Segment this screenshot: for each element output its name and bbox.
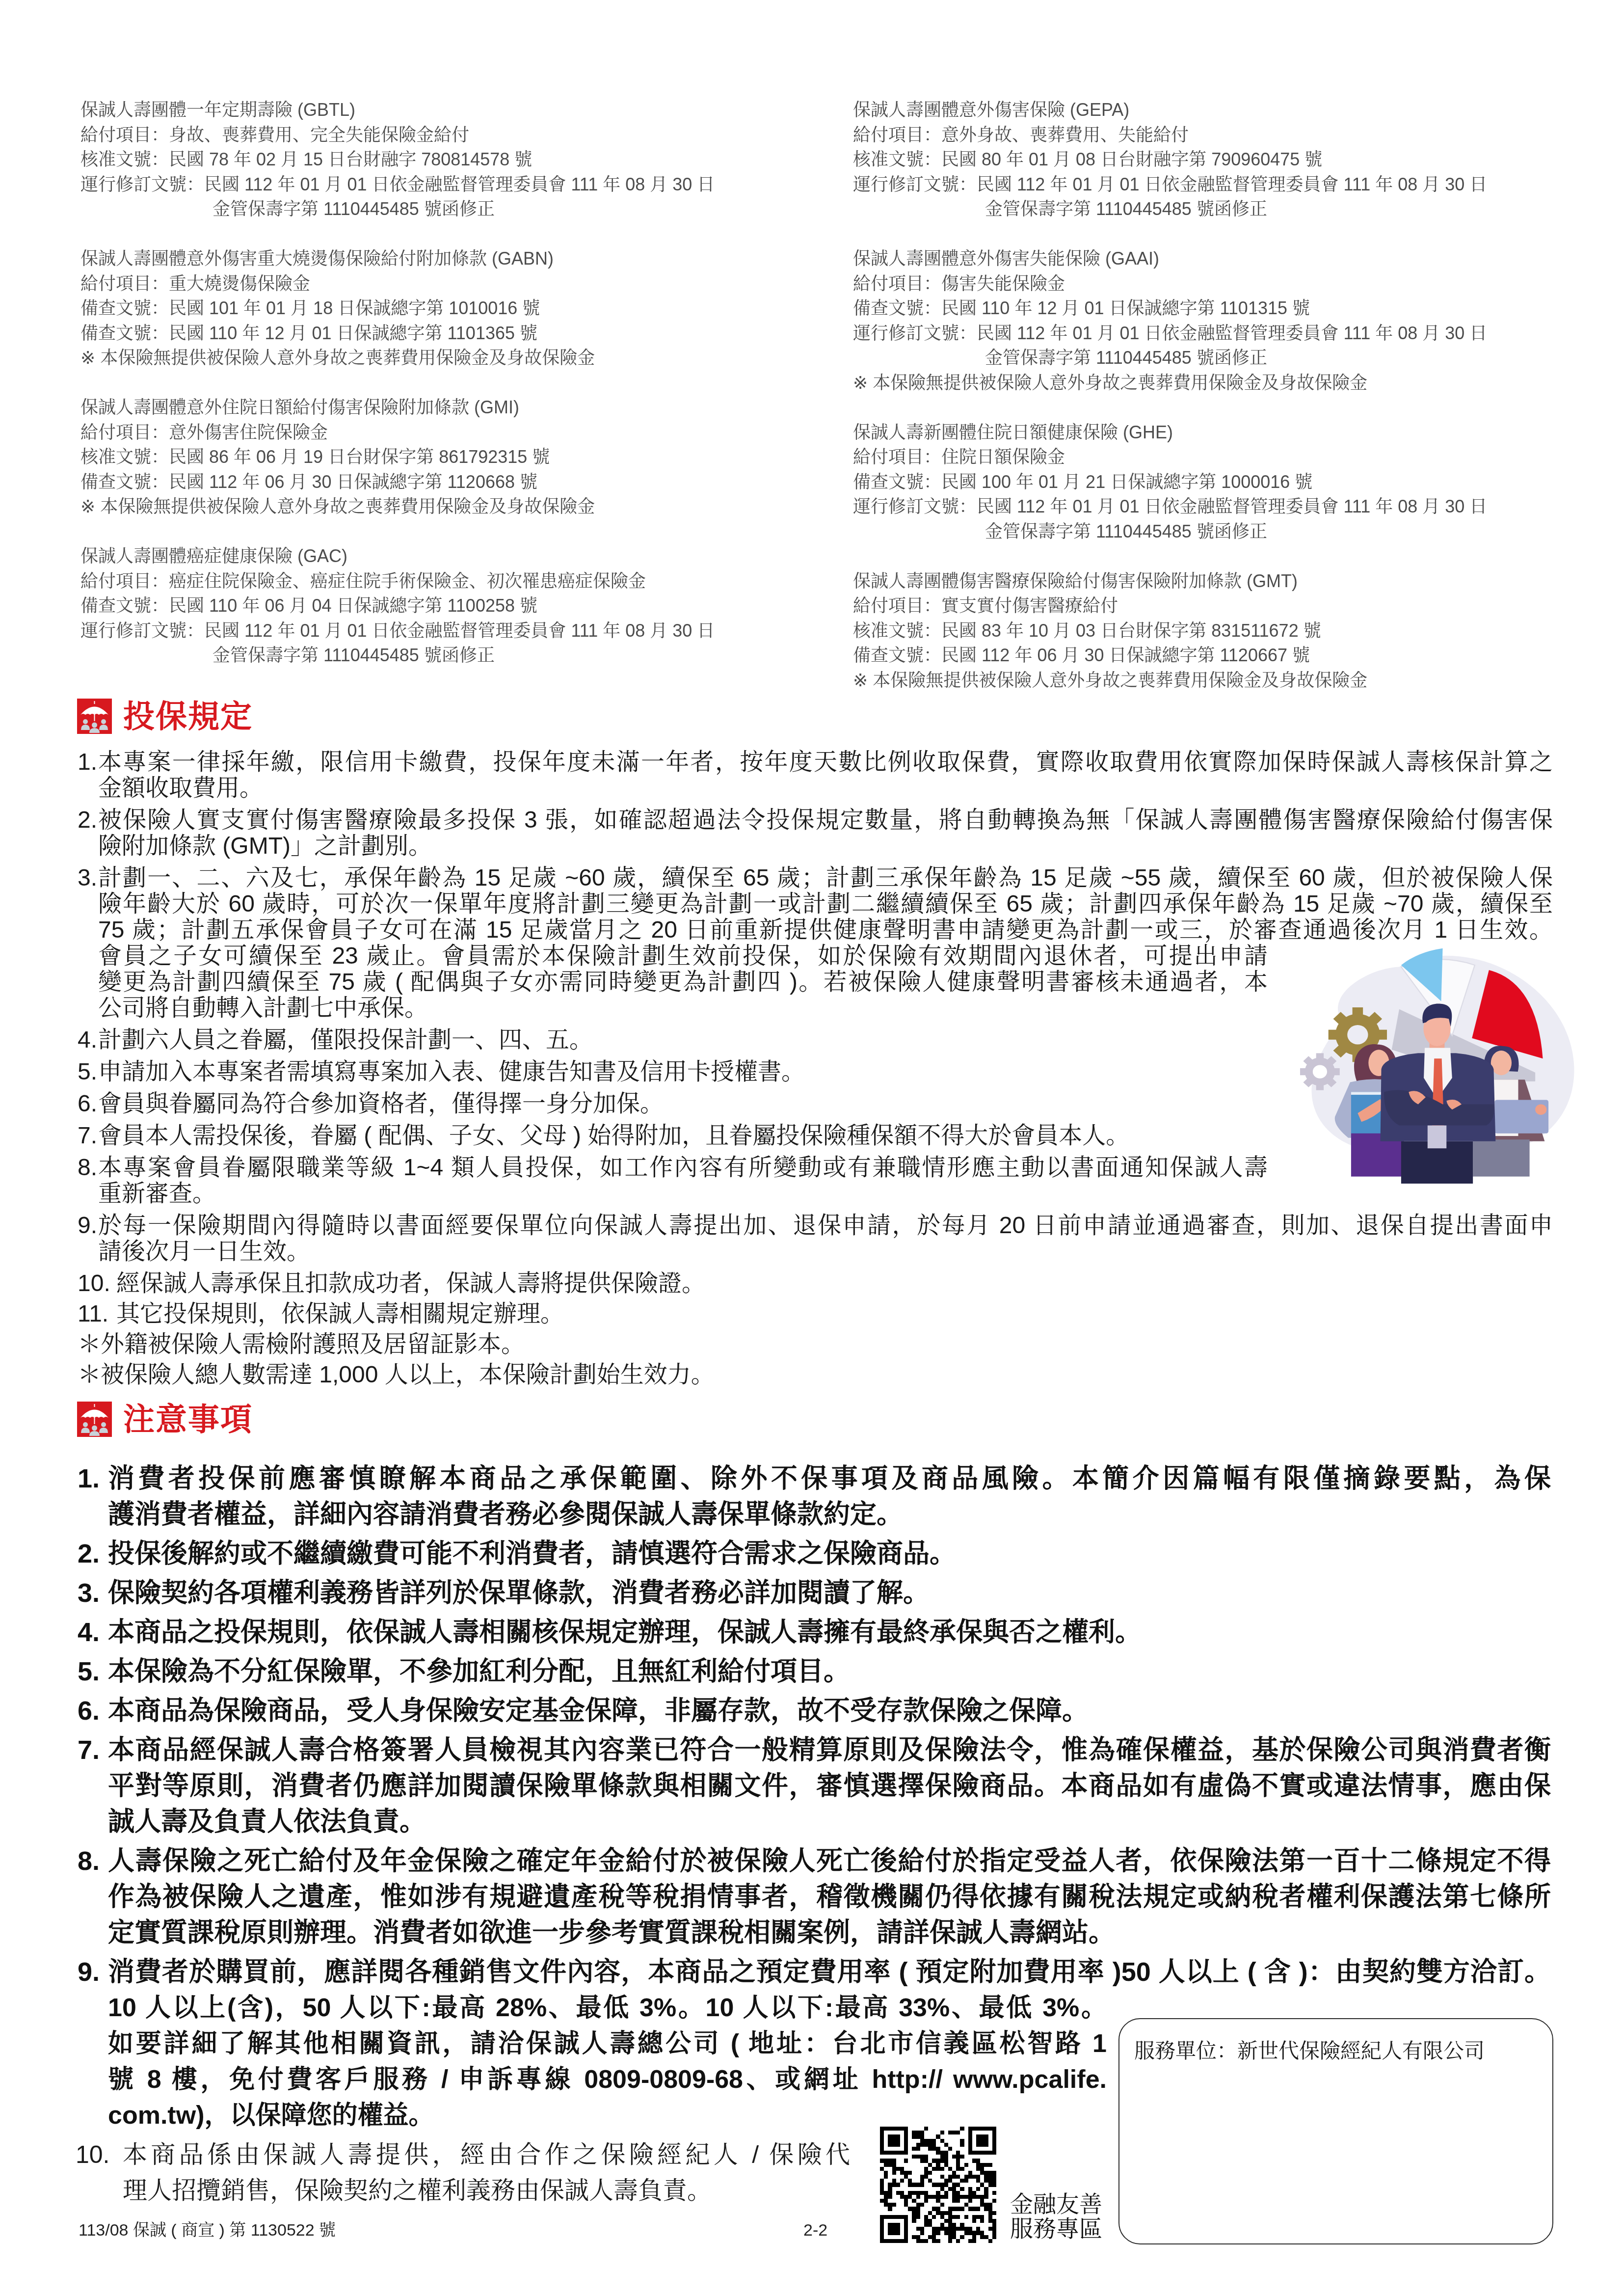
policy-gepa: 保誠人壽團體意外傷害保險 (GEPA) 給付項目：意外身故、喪葬費用、失能給付 … bbox=[853, 98, 1589, 222]
policy-line: 備查文號：民國 110 年 12 月 01 日保誠總字第 1101365 號 bbox=[80, 321, 817, 346]
item-number: 2. bbox=[78, 1536, 100, 1572]
page-number: 2-2 bbox=[803, 2220, 827, 2240]
policy-line: 核准文號：民國 80 年 01 月 08 日台財融字第 790960475 號 bbox=[853, 147, 1589, 172]
policy-title: 保誠人壽團體意外住院日額給付傷害保險附加條款 (GMI) bbox=[80, 395, 817, 420]
section-title: 投保規定 bbox=[123, 699, 253, 734]
item-line: 本專案會員眷屬限職業等級 1~4 類人員投保，如工作內容有所變動或有兼職情形應主… bbox=[98, 1155, 1268, 1181]
item-number: 8. bbox=[78, 1155, 97, 1181]
item-line: 經保誠人壽承保且扣款成功者，保誠人壽將提供保險證。 bbox=[116, 1270, 1555, 1297]
policy-line: ※ 本保險無提供被保險人意外身故之喪葬費用保險金及身故保險金 bbox=[853, 668, 1589, 693]
item-line: 如要詳細了解其他相關資訊，請洽保誠人壽總公司 ( 地址：台北市信義區松智路 1 bbox=[108, 2026, 1107, 2062]
policy-line: 給付項目：實支實付傷害醫療給付 bbox=[853, 594, 1589, 619]
item-line: 定實質課稅原則辦理。消費者如欲進一步參考實質課稅相關案例，請詳保誠人壽網站。 bbox=[108, 1915, 1555, 1951]
service-unit-label: 服務單位：新世代保險經紀人有限公司 bbox=[1134, 2040, 1485, 2062]
item-line: 人壽保險之死亡給付及年金保險之確定年金給付於被保險人死亡後給付於指定受益人者，依… bbox=[108, 1843, 1551, 1879]
item-number: 5. bbox=[78, 1654, 100, 1690]
policy-line: 運行修訂文號：民國 112 年 01 月 01 日依金融監督管理委員會 111 … bbox=[853, 172, 1589, 197]
policy-title: 保誠人壽團體意外傷害重大燒燙傷保險給付附加條款 (GABN) bbox=[80, 246, 817, 271]
section-title: 注意事項 bbox=[123, 1402, 253, 1437]
policy-line: 給付項目：重大燒燙傷保險金 bbox=[80, 271, 817, 297]
note-mark: ＊ bbox=[78, 1331, 101, 1357]
policy-line: 給付項目：身故、喪葬費用、完全失能保險金給付 bbox=[80, 123, 817, 148]
rule-item: 9. 於每一保險期間內得隨時以書面經要保單位向保誠人壽提出加、退保申請，於每月 … bbox=[78, 1213, 1555, 1265]
item-line: 本商品為保險商品，受人身保險安定基金保障，非屬存款，故不受存款保險之保障。 bbox=[108, 1693, 1555, 1729]
policy-column-left: 保誠人壽團體一年定期壽險 (GBTL) 給付項目：身故、喪葬費用、完全失能保險金… bbox=[80, 98, 817, 693]
policy-line: 運行修訂文號：民國 112 年 01 月 01 日依金融監督管理委員會 111 … bbox=[80, 172, 817, 197]
policy-line: 給付項目：意外身故、喪葬費用、失能給付 bbox=[853, 123, 1589, 148]
policy-line: 核准文號：民國 83 年 10 月 03 日台財保字第 831511672 號 bbox=[853, 619, 1589, 644]
item-line: 消費者於購買前，應詳閱各種銷售文件內容，本商品之預定費用率 ( 預定附加費用率 … bbox=[108, 1954, 1551, 1990]
policy-line: 給付項目：住院日額保險金 bbox=[853, 445, 1589, 470]
item-line: 平對等原則，消費者仍應詳加閱讀保險單條款與相關文件，審慎選擇保險商品。本商品如有… bbox=[108, 1768, 1551, 1804]
policy-line: 金管保壽字第 1110445485 號函修正 bbox=[80, 643, 817, 668]
item-number: 9. bbox=[78, 1213, 97, 1239]
item-line: 本商品之投保規則，依保誠人壽相關核保規定辦理，保誠人壽擁有最終承保與否之權利。 bbox=[108, 1615, 1555, 1650]
item-number: 10. bbox=[76, 2137, 110, 2173]
policy-line: ※ 本保險無提供被保險人意外身故之喪葬費用保險金及身故保險金 bbox=[853, 371, 1589, 396]
qr-label-line: 金融友善 bbox=[1010, 2192, 1102, 2216]
item-line: 投保後解約或不繼續繳費可能不利消費者，請慎選符合需求之保險商品。 bbox=[108, 1536, 1555, 1572]
item-line: 本商品經保誠人壽合格簽署人員檢視其內容業已符合一般精算原則及保險法令，惟為確保權… bbox=[108, 1732, 1551, 1768]
policy-title: 保誠人壽新團體住院日額健康保險 (GHE) bbox=[853, 420, 1589, 445]
item-line: 誠人壽及負責人依法負責。 bbox=[108, 1804, 1555, 1840]
item-line: 於每一保險期間內得隨時以書面經要保單位向保誠人壽提出加、退保申請，於每月 20 … bbox=[98, 1213, 1553, 1239]
item-number: 2. bbox=[78, 807, 97, 833]
policy-line: 備查文號：民國 112 年 06 月 30 日保誠總字第 1120667 號 bbox=[853, 643, 1589, 668]
item-number: 11. bbox=[78, 1301, 108, 1327]
policy-line: 金管保壽字第 1110445485 號函修正 bbox=[853, 197, 1589, 222]
policy-line: 備查文號：民國 110 年 06 月 04 日保誠總字第 1100258 號 bbox=[80, 594, 817, 619]
policy-line: 金管保壽字第 1110445485 號函修正 bbox=[853, 346, 1589, 371]
policy-title: 保誠人壽團體一年定期壽險 (GBTL) bbox=[80, 98, 817, 123]
rule-item: 11. 其它投保規則，依保誠人壽相關規定辦理。 bbox=[78, 1301, 1555, 1327]
policy-line: 給付項目：傷害失能保險金 bbox=[853, 271, 1589, 297]
item-line: 護消費者權益，詳細內容請消費者務必參閱保誠人壽保單條款約定。 bbox=[108, 1497, 1555, 1533]
item-number: 6. bbox=[78, 1693, 100, 1729]
policy-gbtl: 保誠人壽團體一年定期壽險 (GBTL) 給付項目：身故、喪葬費用、完全失能保險金… bbox=[80, 98, 817, 222]
rule-note: ＊ 被保險人總人數需達 1,000 人以上，本保險計劃始生效力。 bbox=[78, 1362, 1555, 1388]
item-number: 8. bbox=[78, 1843, 100, 1879]
policy-gmt: 保誠人壽團體傷害醫療保險給付傷害保險附加條款 (GMT) 給付項目：實支實付傷害… bbox=[853, 569, 1589, 693]
policy-title: 保誠人壽團體癌症健康保險 (GAC) bbox=[80, 544, 817, 569]
item-line: 作為被保險人之遺產，惟如涉有規避遺產稅等稅捐情事者，稽徵機關仍得依據有關稅法規定… bbox=[108, 1879, 1551, 1915]
policy-title: 保誠人壽團體傷害醫療保險給付傷害保險附加條款 (GMT) bbox=[853, 569, 1589, 594]
note-text: 外籍被保險人需檢附護照及居留証影本。 bbox=[101, 1331, 1555, 1357]
item-line: 險年齡大於 60 歲時，可於次一保單年度將計劃三變更為計劃一或計劃二繼續續保至 … bbox=[98, 891, 1553, 917]
item-number: 4. bbox=[78, 1027, 97, 1053]
policy-title: 保誠人壽團體意外傷害失能保險 (GAAI) bbox=[853, 246, 1589, 271]
item-number: 3. bbox=[78, 865, 97, 891]
policy-gabn: 保誠人壽團體意外傷害重大燒燙傷保險給付附加條款 (GABN) 給付項目：重大燒燙… bbox=[80, 246, 817, 371]
notice-item: 6. 本商品為保險商品，受人身保險安定基金保障，非屬存款，故不受存款保險之保障。 bbox=[78, 1693, 1555, 1729]
notice-item: 4. 本商品之投保規則，依保誠人壽相關核保規定辦理，保誠人壽擁有最終承保與否之權… bbox=[78, 1615, 1555, 1650]
policy-line: 金管保壽字第 1110445485 號函修正 bbox=[80, 197, 817, 222]
service-unit-box: 服務單位：新世代保險經紀人有限公司 bbox=[1118, 2018, 1553, 2244]
rule-item: 1. 本專案一律採年繳，限信用卡繳費，投保年度未滿一年者，按年度天數比例收取保費… bbox=[78, 749, 1555, 801]
item-line: 本專案一律採年繳，限信用卡繳費，投保年度未滿一年者，按年度天數比例收取保費，實際… bbox=[98, 749, 1553, 775]
item-number: 1. bbox=[78, 749, 97, 775]
notice-item: 3. 保險契約各項權利義務皆詳列於保單條款，消費者務必詳加閱讀了解。 bbox=[78, 1575, 1555, 1611]
item-line: 被保險人實支實付傷害醫療險最多投保 3 張，如確認超過法令投保規定數量，將自動轉… bbox=[98, 807, 1553, 833]
policy-line: 運行修訂文號：民國 112 年 01 月 01 日依金融監督管理委員會 111 … bbox=[80, 619, 817, 644]
note-text: 被保險人總人數需達 1,000 人以上，本保險計劃始生效力。 bbox=[101, 1362, 1555, 1388]
business-team-illustration bbox=[1300, 947, 1575, 1184]
policy-ghe: 保誠人壽新團體住院日額健康保險 (GHE) 給付項目：住院日額保險金 備查文號：… bbox=[853, 420, 1589, 544]
item-line: 金額收取費用。 bbox=[98, 775, 1555, 801]
notice-item: 5. 本保險為不分紅保險單，不參加紅利分配，且無紅利給付項目。 bbox=[78, 1654, 1555, 1690]
policy-title: 保誠人壽團體意外傷害保險 (GEPA) bbox=[853, 98, 1589, 123]
item-line: 重新審查。 bbox=[98, 1181, 1555, 1207]
item-line: 75 歲；計劃五承保會員子女可在滿 15 足歲當月之 20 日前重新提供健康聲明… bbox=[98, 917, 1553, 943]
item-line: 變更為計劃四續保至 75 歲 ( 配偶與子女亦需同時變更為計劃四 )。若被保險人… bbox=[98, 969, 1268, 995]
policy-line: 備查文號：民國 100 年 01 月 21 日保誠總字第 1000016 號 bbox=[853, 470, 1589, 495]
policy-column-right: 保誠人壽團體意外傷害保險 (GEPA) 給付項目：意外身故、喪葬費用、失能給付 … bbox=[853, 98, 1589, 718]
policy-gaai: 保誠人壽團體意外傷害失能保險 (GAAI) 給付項目：傷害失能保險金 備查文號：… bbox=[853, 246, 1589, 395]
item-number: 6. bbox=[78, 1091, 97, 1117]
item-line: 本商品係由保誠人壽提供，經由合作之保險經紀人 / 保險代 bbox=[123, 2137, 850, 2173]
policy-line: 備查文號：民國 101 年 01 月 18 日保誠總字第 1010016 號 bbox=[80, 296, 817, 321]
item-number: 1. bbox=[78, 1461, 100, 1497]
item-number: 7. bbox=[78, 1123, 97, 1149]
notice-item: 7. 本商品經保誠人壽合格簽署人員檢視其內容業已符合一般精算原則及保險法令，惟為… bbox=[78, 1732, 1555, 1840]
umbrella-family-icon bbox=[77, 699, 112, 734]
policy-line: 備查文號：民國 110 年 12 月 01 日保誠總字第 1101315 號 bbox=[853, 296, 1589, 321]
item-number: 10. bbox=[78, 1270, 110, 1297]
notice-item: 2. 投保後解約或不繼續繳費可能不利消費者，請慎選符合需求之保險商品。 bbox=[78, 1536, 1555, 1572]
footer-document-number: 113/08 保誠 ( 商宣 ) 第 1130522 號 bbox=[79, 2220, 336, 2240]
policy-line: 備查文號：民國 112 年 06 月 30 日保誠總字第 1120668 號 bbox=[80, 470, 817, 495]
umbrella-family-icon bbox=[77, 1402, 112, 1437]
qr-label-line: 服務專區 bbox=[1010, 2216, 1102, 2241]
policy-line: 運行修訂文號：民國 112 年 01 月 01 日依金融監督管理委員會 111 … bbox=[853, 321, 1589, 346]
policy-line: 金管保壽字第 1110445485 號函修正 bbox=[853, 519, 1589, 544]
item-number: 4. bbox=[78, 1615, 100, 1650]
notice-item: 8. 人壽保險之死亡給付及年金保險之確定年金給付於被保險人死亡後給付於指定受益人… bbox=[78, 1843, 1555, 1951]
policy-line: 給付項目：癌症住院保險金、癌症住院手術保險金、初次罹患癌症保險金 bbox=[80, 569, 817, 594]
item-line: 險附加條款 (GMT)」之計劃別。 bbox=[98, 833, 1555, 859]
item-number: 3. bbox=[78, 1575, 100, 1611]
item-line: 請後次月一日生效。 bbox=[98, 1239, 1555, 1265]
section-heading-enrollment-rules: 投保規定 bbox=[77, 699, 253, 734]
policy-line: 給付項目：意外傷害住院保險金 bbox=[80, 420, 817, 445]
policy-line: ※ 本保險無提供被保險人意外身故之喪葬費用保險金及身故保險金 bbox=[80, 346, 817, 371]
item-line: 本保險為不分紅保險單，不參加紅利分配，且無紅利給付項目。 bbox=[108, 1654, 1555, 1690]
qr-code-icon bbox=[880, 2127, 996, 2243]
item-line: 計劃一、二、六及七，承保年齡為 15 足歲 ~60 歲，續保至 65 歲；計劃三… bbox=[98, 865, 1553, 891]
financial-friendly-service-label: 金融友善 服務專區 bbox=[1010, 2192, 1102, 2241]
policy-gmi: 保誠人壽團體意外住院日額給付傷害保險附加條款 (GMI) 給付項目：意外傷害住院… bbox=[80, 395, 817, 519]
rule-item: 2. 被保險人實支實付傷害醫療險最多投保 3 張，如確認超過法令投保規定數量，將… bbox=[78, 807, 1555, 859]
policy-line: 核准文號：民國 86 年 06 月 19 日台財保字第 861792315 號 bbox=[80, 445, 817, 470]
item-number: 5. bbox=[78, 1059, 97, 1085]
item-line: 10 人以上(含)，50 人以下:最高 28%、最低 3%。10 人以下:最高 … bbox=[108, 1990, 1107, 2026]
item-line: 保險契約各項權利義務皆詳列於保單條款，消費者務必詳加閱讀了解。 bbox=[108, 1575, 1555, 1611]
policy-line: 核准文號：民國 78 年 02 月 15 日台財融字 780814578 號 bbox=[80, 147, 817, 172]
section-heading-notices: 注意事項 bbox=[77, 1402, 253, 1437]
item-line: 會員之子女可續保至 23 歲止。會員需於本保險計劃生效前投保，如於保險有效期間內… bbox=[98, 943, 1268, 969]
policy-line: ※ 本保險無提供被保險人意外身故之喪葬費用保險金及身故保險金 bbox=[80, 494, 817, 519]
item-line: 號 8 樓，免付費客戶服務 / 申訴專線 0809-0809-68、或網址 ht… bbox=[108, 2062, 1107, 2098]
notice-item: 1. 消費者投保前應審慎瞭解本商品之承保範圍、除外不保事項及商品風險。本簡介因篇… bbox=[78, 1461, 1555, 1533]
item-line: 其它投保規則，依保誠人壽相關規定辦理。 bbox=[116, 1301, 1555, 1327]
item-number: 7. bbox=[78, 1732, 100, 1768]
item-line: 消費者投保前應審慎瞭解本商品之承保範圍、除外不保事項及商品風險。本簡介因篇幅有限… bbox=[108, 1461, 1551, 1497]
rule-note: ＊ 外籍被保險人需檢附護照及居留証影本。 bbox=[78, 1331, 1555, 1357]
item-number: 9. bbox=[78, 1954, 100, 1990]
policy-gac: 保誠人壽團體癌症健康保險 (GAC) 給付項目：癌症住院保險金、癌症住院手術保險… bbox=[80, 544, 817, 668]
rule-item: 10. 經保誠人壽承保且扣款成功者，保誠人壽將提供保險證。 bbox=[78, 1270, 1555, 1297]
note-mark: ＊ bbox=[78, 1362, 101, 1388]
policy-line: 運行修訂文號：民國 112 年 01 月 01 日依金融監督管理委員會 111 … bbox=[853, 494, 1589, 519]
